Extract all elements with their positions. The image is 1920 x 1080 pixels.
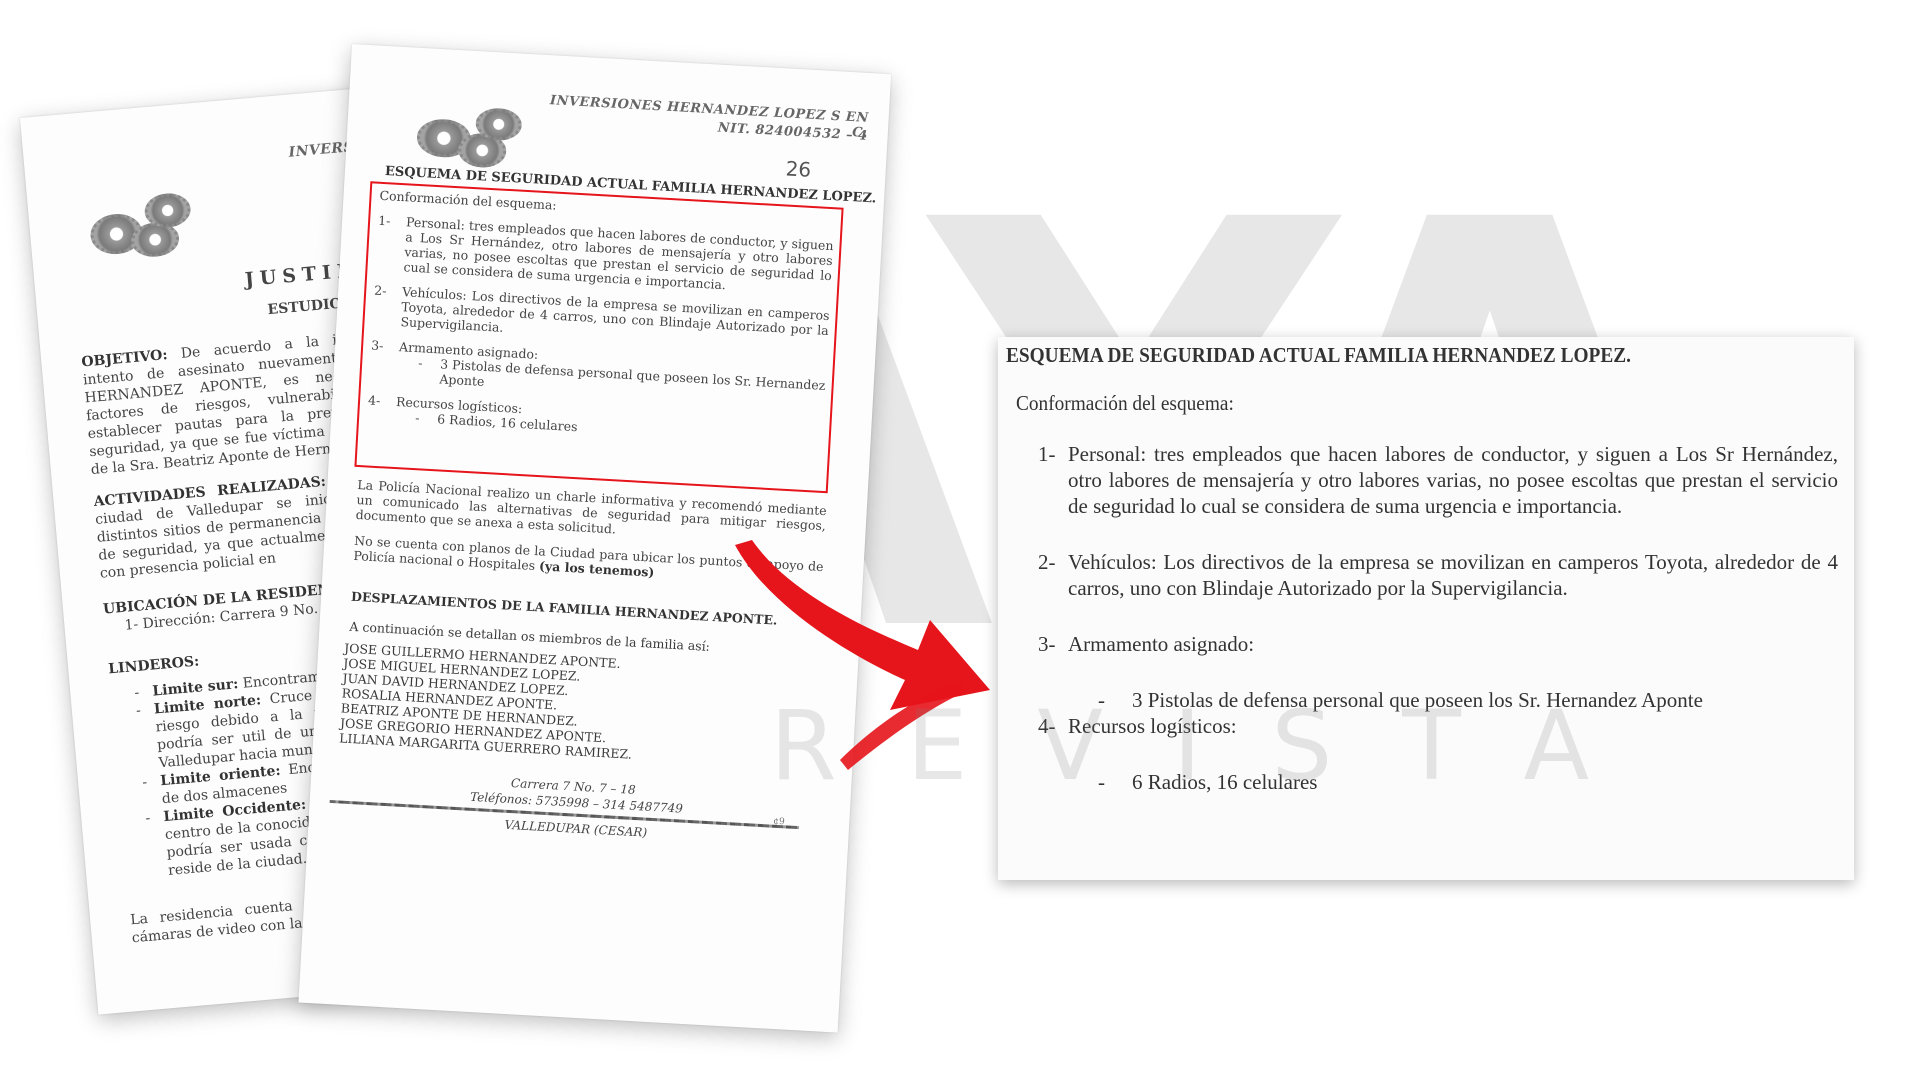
esquema-item: 4-Recursos logísticos:-6 Radios, 16 celu… bbox=[1038, 713, 1838, 795]
zoomed-inset: ESQUEMA DE SEGURIDAD ACTUAL FAMILIA HERN… bbox=[998, 337, 1854, 880]
esquema-list: 1-Personal: tres empleados que hacen lab… bbox=[367, 213, 834, 448]
inset-conformacion: Conformación del esquema: bbox=[1016, 391, 1234, 416]
esquema-item: 1-Personal: tres empleados que hacen lab… bbox=[375, 213, 834, 298]
esquema-item: 2-Vehículos: Los directivos de la empres… bbox=[1038, 549, 1838, 601]
esquema-item: 1-Personal: tres empleados que hacen lab… bbox=[1038, 441, 1838, 519]
inset-heading: ESQUEMA DE SEGURIDAD ACTUAL FAMILIA HERN… bbox=[1006, 343, 1631, 368]
footer-city: VALLEDUPAR (CESAR) bbox=[504, 818, 647, 840]
page-mark: ¢9 bbox=[773, 817, 785, 828]
document-esquema: INVERSIONES HERNANDEZ LOPEZ S EN C. NIT.… bbox=[298, 44, 891, 1033]
gears-logo-icon bbox=[87, 191, 202, 260]
esquema-item: 3-Armamento asignado:-3 Pistolas de defe… bbox=[1038, 631, 1838, 713]
inset-esquema-list: 1-Personal: tres empleados que hacen lab… bbox=[1038, 441, 1838, 795]
family-members-list: JOSE GUILLERMO HERNANDEZ APONTE.JOSE MIG… bbox=[339, 641, 637, 762]
gears-logo-icon bbox=[415, 104, 528, 170]
esquema-body: Conformación del esquema: 1-Personal: tr… bbox=[367, 188, 835, 448]
handwritten-page-number: 26 bbox=[785, 156, 812, 181]
